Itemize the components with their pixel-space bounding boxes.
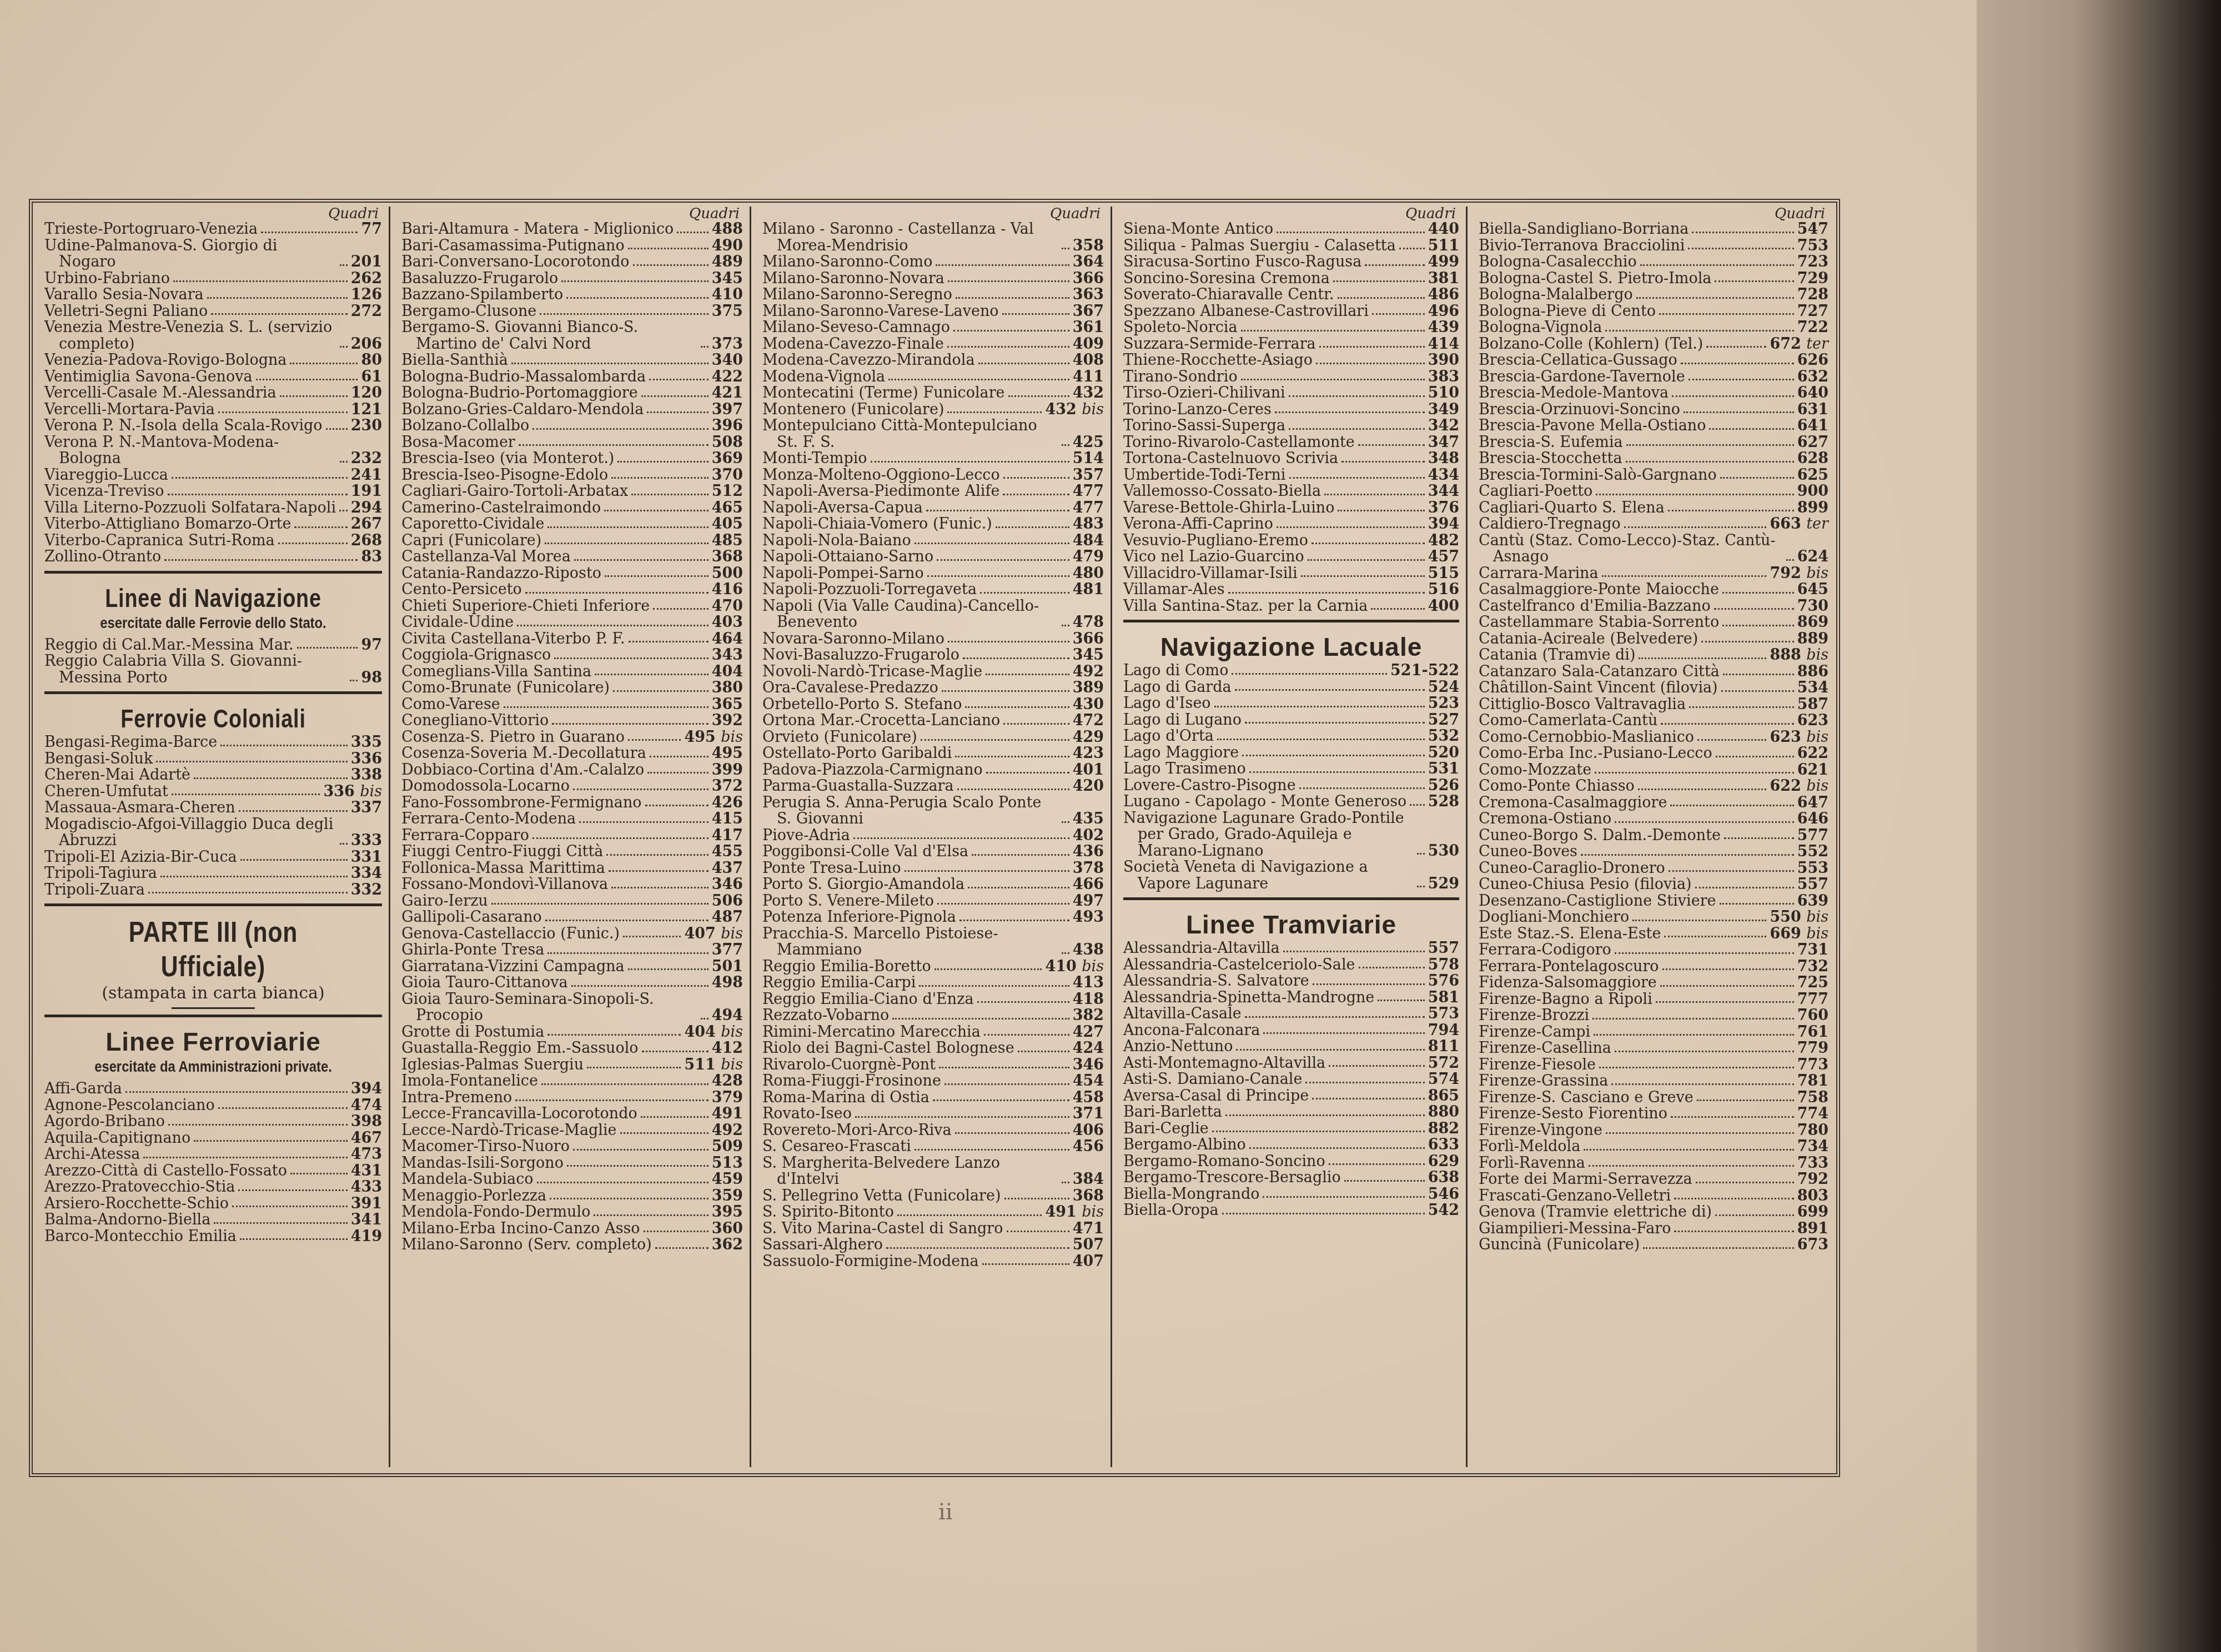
index-entry[interactable]: Reggio Emilia-Carpi413 (762, 975, 1104, 991)
index-entry[interactable]: Rezzato-Vobarno382 (762, 1007, 1104, 1024)
index-entry[interactable]: Cosenza-S. Pietro in Guarano495 bis (401, 729, 743, 746)
index-entry[interactable]: Forte dei Marmi-Serravezza792 (1479, 1171, 1828, 1188)
index-entry[interactable]: Como-Erba Inc.-Pusiano-Lecco622 (1479, 745, 1828, 762)
index-entry[interactable]: Ancona-Falconara794 (1123, 1022, 1459, 1039)
index-entry[interactable]: Caporetto-Cividale405 (401, 516, 743, 533)
index-entry[interactable]: Bologna-Pieve di Cento727 (1479, 303, 1828, 320)
index-entry[interactable]: Cheren-Mai Adartè338 (44, 767, 382, 784)
index-entry[interactable]: Bazzano-Spilamberto410 (401, 287, 743, 303)
index-entry[interactable]: Como-Camerlata-Cantù623 (1479, 712, 1828, 729)
index-entry[interactable]: Brescia-S. Eufemia627 (1479, 434, 1828, 451)
index-entry[interactable]: Follonica-Massa Marittima437 (401, 860, 743, 877)
index-entry[interactable]: Vercelli-Mortara-Pavia121 (44, 401, 382, 418)
index-entry[interactable]: Bolzano-Gries-Caldaro-Mendola397 (401, 401, 743, 418)
index-entry[interactable]: Dogliani-Monchiero550 bis (1479, 909, 1828, 926)
index-entry[interactable]: Comeglians-Villa Santina404 (401, 664, 743, 680)
index-entry[interactable]: Roma-Marina di Ostia458 (762, 1089, 1104, 1106)
index-entry[interactable]: Tripoli-Tagiura334 (44, 865, 382, 882)
index-entry[interactable]: Tripoli-Zuara332 (44, 882, 382, 898)
index-entry[interactable]: Reggio Calabria Villa S. Giovanni-Messin… (44, 653, 382, 686)
index-entry[interactable]: Lovere-Castro-Pisogne526 (1123, 777, 1459, 794)
index-entry[interactable]: Este Staz.-S. Elena-Este669 bis (1479, 926, 1828, 942)
index-entry[interactable]: Monti-Tempio514 (762, 450, 1104, 467)
index-entry[interactable]: Genova-Castellaccio (Funic.)407 bis (401, 926, 743, 942)
index-entry[interactable]: Bivio-Terranova Bracciolini753 (1479, 238, 1828, 254)
index-entry[interactable]: Reggio di Cal.Mar.-Messina Mar.97 (44, 637, 382, 654)
index-entry[interactable]: Orvieto (Funicolare)429 (762, 729, 1104, 746)
index-entry[interactable]: Castelfranco d'Emilia-Bazzano730 (1479, 598, 1828, 615)
index-entry[interactable]: Giarratana-Vizzini Campagna501 (401, 958, 743, 975)
index-entry[interactable]: Napoli-Pozzuoli-Torregaveta481 (762, 581, 1104, 598)
index-entry[interactable]: Asti-Montemagno-Altavilla572 (1123, 1055, 1459, 1072)
index-entry[interactable]: Bengasi-Soluk336 (44, 751, 382, 767)
index-entry[interactable]: Milano-Saronno (Serv. completo)362 (401, 1237, 743, 1253)
index-entry[interactable]: S. Pellegrino Vetta (Funicolare)368 (762, 1188, 1104, 1204)
index-entry[interactable]: Bologna-Budrio-Massalombarda422 (401, 369, 743, 385)
index-entry[interactable]: Barco-Montecchio Emilia419 (44, 1228, 382, 1245)
index-entry[interactable]: Alessandria-S. Salvatore576 (1123, 973, 1459, 990)
index-entry[interactable]: Verona P. N.-Mantova-Modena-Bologna232 (44, 434, 382, 467)
index-entry[interactable]: S. Vito Marina-Castel di Sangro471 (762, 1221, 1104, 1237)
index-entry[interactable]: Rovereto-Mori-Arco-Riva406 (762, 1122, 1104, 1139)
index-entry[interactable]: Modena-Cavezzo-Mirandola408 (762, 352, 1104, 369)
table-number-value: 509 (712, 1138, 743, 1155)
index-entry[interactable]: Novi-Basaluzzo-Frugarolo345 (762, 647, 1104, 664)
index-entry[interactable]: Massaua-Asmara-Cheren337 (44, 800, 382, 816)
index-entry[interactable]: Fossano-Mondovì-Villanova346 (401, 876, 743, 893)
index-entry[interactable]: Catanzaro Sala-Catanzaro Città886 (1479, 664, 1828, 680)
index-entry[interactable]: Villacidro-Villamar-Isili515 (1123, 565, 1459, 582)
index-entry[interactable]: Piove-Adria402 (762, 827, 1104, 844)
index-entry[interactable]: Zollino-Otranto83 (44, 549, 382, 565)
index-entry[interactable]: Siliqua - Palmas Suergiu - Calasetta511 (1123, 238, 1459, 254)
dot-leader (963, 657, 1069, 659)
index-entry[interactable]: Frascati-Genzano-Velletri803 (1479, 1188, 1828, 1204)
index-entry[interactable]: Trieste-Portogruaro-Venezia77 (44, 221, 382, 238)
index-entry[interactable]: Rivarolo-Cuorgnè-Pont346 (762, 1057, 1104, 1073)
table-number-value: 332 (351, 881, 382, 898)
index-entry[interactable]: Agnone-Pescolanciano474 (44, 1097, 382, 1114)
index-entry[interactable]: Ferrara-Cento-Modena415 (401, 811, 743, 827)
index-entry[interactable]: Asti-S. Damiano-Canale574 (1123, 1071, 1459, 1088)
index-entry[interactable]: Rimini-Mercatino Marecchia427 (762, 1024, 1104, 1041)
index-entry[interactable]: Como-Brunate (Funicolare)380 (401, 680, 743, 696)
index-entry[interactable]: Napoli-Nola-Baiano484 (762, 533, 1104, 549)
index-entry[interactable]: Reggio Emilia-Boretto410 bis (762, 958, 1104, 975)
index-entry[interactable]: Spoleto-Norcia439 (1123, 319, 1459, 336)
index-entry[interactable]: Poggibonsi-Colle Val d'Elsa436 (762, 843, 1104, 860)
index-entry[interactable]: Villa Santina-Staz. per la Carnia400 (1123, 598, 1459, 615)
index-entry[interactable]: Viterbo-Capranica Sutri-Roma268 (44, 533, 382, 549)
index-entry[interactable]: Fiuggi Centro-Fiuggi Città455 (401, 843, 743, 860)
entry-table-number: 230 (351, 418, 382, 434)
index-entry[interactable]: Soncino-Soresina Cremona381 (1123, 270, 1459, 287)
index-entry[interactable]: Sassuolo-Formigine-Modena407 (762, 1253, 1104, 1270)
index-entry[interactable]: Villa Literno-Pozzuoli Solfatara-Napoli2… (44, 500, 382, 516)
index-entry[interactable]: Udine-Palmanova-S. Giorgio di Nogaro201 (44, 238, 382, 270)
index-entry[interactable]: Catania-Acireale (Belvedere)889 (1479, 631, 1828, 647)
table-number-value: 394 (351, 1080, 382, 1097)
index-entry[interactable]: Suzzara-Sermide-Ferrara414 (1123, 336, 1459, 353)
index-entry[interactable]: Basaluzzo-Frugarolo345 (401, 270, 743, 287)
index-entry[interactable]: Brescia-Cellatica-Gussago626 (1479, 352, 1828, 369)
index-entry[interactable]: Chieti Superiore-Chieti Inferiore470 (401, 598, 743, 615)
index-entry[interactable]: Firenze-Sesto Fiorentino774 (1479, 1106, 1828, 1122)
index-entry[interactable]: Roma-Fiuggi-Frosinone454 (762, 1073, 1104, 1089)
index-entry[interactable]: Giampilieri-Messina-Faro891 (1479, 1221, 1828, 1237)
index-entry[interactable]: Lago Maggiore520 (1123, 745, 1459, 761)
index-entry[interactable]: Siracusa-Sortino Fusco-Ragusa499 (1123, 254, 1459, 270)
index-entry[interactable]: Reggio Emilia-Ciano d'Enza418 (762, 991, 1104, 1008)
index-entry[interactable]: Torino-Rivarolo-Castellamonte347 (1123, 434, 1459, 451)
index-entry[interactable]: Bergamo-Clusone375 (401, 303, 743, 320)
index-entry[interactable]: Ortona Mar.-Crocetta-Lanciano472 (762, 712, 1104, 729)
index-entry[interactable]: Tortona-Castelnuovo Scrivia348 (1123, 450, 1459, 467)
index-entry[interactable]: Orbetello-Porto S. Stefano430 (762, 696, 1104, 713)
index-entry[interactable]: Biella-Santhià340 (401, 352, 743, 369)
index-entry[interactable]: Altavilla-Casale573 (1123, 1006, 1459, 1022)
index-entry[interactable]: Novara-Saronno-Milano366 (762, 631, 1104, 647)
index-entry[interactable]: Villamar-Ales516 (1123, 581, 1459, 598)
index-entry[interactable]: Bergamo-Albino633 (1123, 1137, 1459, 1153)
index-entry[interactable]: Iglesias-Palmas Suergiu511 bis (401, 1057, 743, 1073)
dot-leader (1611, 1083, 1793, 1085)
index-entry[interactable]: Bologna-Casalecchio723 (1479, 254, 1828, 270)
index-entry[interactable]: Affi-Garda394 (44, 1081, 382, 1097)
index-entry[interactable]: Vesuvio-Pugliano-Eremo482 (1123, 533, 1459, 549)
index-entry[interactable]: S. Spirito-Bitonto491 bis (762, 1204, 1104, 1221)
index-entry[interactable]: Bari-Barletta880 (1123, 1104, 1459, 1121)
entry-table-number: 366 (1073, 631, 1104, 647)
index-entry[interactable]: Venezia Mestre-Venezia S. L. (servizio c… (44, 319, 382, 352)
index-entry[interactable]: Milano - Saronno - Castellanza - Val Mor… (762, 221, 1104, 254)
index-entry[interactable]: Montecatini (Terme) Funicolare432 (762, 385, 1104, 401)
index-entry[interactable]: Intra-Premeno379 (401, 1089, 743, 1106)
index-entry[interactable]: Lago d'Orta532 (1123, 728, 1459, 745)
index-entry[interactable]: Cittiglio-Bosco Valtravaglia587 (1479, 696, 1828, 713)
index-entry[interactable]: Coggiola-Grignasco343 (401, 647, 743, 664)
index-entry[interactable]: Rovato-Iseo371 (762, 1106, 1104, 1122)
index-entry[interactable]: Cividale-Udine403 (401, 614, 743, 631)
index-entry[interactable]: Padova-Piazzola-Carmignano401 (762, 762, 1104, 779)
index-entry[interactable]: Lago di Como521-522 (1123, 662, 1459, 679)
index-entry[interactable]: Bolzano-Colle (Kohlern) (Tel.)672 ter (1479, 336, 1828, 353)
index-entry[interactable]: Firenze-S. Casciano e Greve758 (1479, 1089, 1828, 1106)
index-entry[interactable]: Desenzano-Castiglione Stiviere639 (1479, 893, 1828, 910)
index-entry[interactable]: Alessandria-Altavilla557 (1123, 940, 1459, 957)
index-entry[interactable]: Brescia-Tormini-Salò-Gargnano625 (1479, 467, 1828, 484)
index-entry[interactable]: Firenze-Brozzi760 (1479, 1007, 1828, 1024)
index-entry[interactable]: Cuneo-Chiusa Pesio (filovia)557 (1479, 876, 1828, 893)
index-entry[interactable]: Ferrara-Codigoro731 (1479, 942, 1828, 958)
index-entry[interactable]: Biella-Oropa542 (1123, 1202, 1459, 1219)
index-entry[interactable]: Navigazione Lagunare Grado-Pontile per G… (1123, 810, 1459, 860)
index-entry[interactable]: Varallo Sesia-Novara126 (44, 287, 382, 303)
index-entry[interactable]: Tirano-Sondrio383 (1123, 369, 1459, 385)
table-number-value: 733 (1797, 1154, 1828, 1172)
index-entry[interactable]: Casalmaggiore-Ponte Maiocche645 (1479, 581, 1828, 598)
index-entry[interactable]: Forlì-Ravenna733 (1479, 1155, 1828, 1172)
index-entry[interactable]: Cuneo-Borgo S. Dalm.-Demonte577 (1479, 827, 1828, 844)
index-entry[interactable]: Bologna-Castel S. Pietro-Imola729 (1479, 270, 1828, 287)
index-entry[interactable]: Cuneo-Boves552 (1479, 843, 1828, 860)
index-entry[interactable]: Spezzano Albanese-Castrovillari496 (1123, 303, 1459, 320)
index-entry[interactable]: Montepulciano Città-Montepulciano St. F.… (762, 418, 1104, 450)
index-entry[interactable]: Brescia-Orzinuovi-Soncino631 (1479, 401, 1828, 418)
index-entry[interactable]: Viterbo-Attigliano Bomarzo-Orte267 (44, 516, 382, 533)
index-entry[interactable]: Firenze-Fiesole773 (1479, 1057, 1828, 1073)
index-entry[interactable]: Firenze-Vingone780 (1479, 1122, 1828, 1139)
index-entry[interactable]: Ghirla-Ponte Tresa377 (401, 942, 743, 958)
index-entry[interactable]: Velletri-Segni Paliano272 (44, 303, 382, 320)
index-entry[interactable]: Pracchia-S. Marcello Pistoiese-Mammiano4… (762, 926, 1104, 958)
index-entry[interactable]: Vico nel Lazio-Guarcino457 (1123, 549, 1459, 565)
index-entry[interactable]: Como-Ponte Chiasso622 bis (1479, 778, 1828, 795)
index-entry[interactable]: Varese-Bettole-Ghirla-Luino376 (1123, 500, 1459, 516)
index-entry[interactable]: Guncinà (Funicolare)673 (1479, 1237, 1828, 1253)
index-entry[interactable]: Firenze-Bagno a Ripoli777 (1479, 991, 1828, 1008)
index-entry[interactable]: Cagliari-Poetto900 (1479, 483, 1828, 500)
index-entry[interactable]: Fano-Fossombrone-Fermignano426 (401, 795, 743, 811)
index-entry[interactable]: Caldiero-Tregnago663 ter (1479, 516, 1828, 533)
index-entry[interactable]: Milano-Saronno-Novara366 (762, 270, 1104, 287)
index-entry[interactable]: Forlì-Meldola734 (1479, 1138, 1828, 1155)
index-entry[interactable]: Cento-Persiceto416 (401, 581, 743, 598)
index-entry[interactable]: Brescia-Iseo-Pisogne-Edolo370 (401, 467, 743, 484)
dot-leader (1249, 1147, 1425, 1149)
index-entry[interactable]: S. Cesareo-Frascati456 (762, 1138, 1104, 1155)
index-entry[interactable]: Aquila-Capitignano467 (44, 1130, 382, 1147)
index-entry[interactable]: Arsiero-Rocchette-Schio391 (44, 1196, 382, 1212)
index-entry[interactable]: Cuneo-Caraglio-Dronero553 (1479, 860, 1828, 877)
index-entry[interactable]: Vicenza-Treviso191 (44, 483, 382, 500)
index-entry[interactable]: Aversa-Casal di Principe865 (1123, 1088, 1459, 1104)
index-entry[interactable]: Gallipoli-Casarano487 (401, 909, 743, 926)
index-entry[interactable]: Gioia Tauro-Seminara-Sinopoli-S. Procopi… (401, 991, 743, 1024)
dot-leader (1689, 706, 1794, 708)
index-entry[interactable]: Bologna-Malalbergo728 (1479, 287, 1828, 303)
index-entry[interactable]: Mandas-Isili-Sorgono513 (401, 1155, 743, 1172)
index-entry[interactable]: Lecce-Francavilla-Locorotondo491 (401, 1106, 743, 1122)
entry-table-number: 345 (712, 270, 743, 287)
index-entry[interactable]: Napoli-Aversa-Piedimonte Alife477 (762, 483, 1104, 500)
index-entry[interactable]: Torino-Sassi-Superga342 (1123, 418, 1459, 434)
index-entry[interactable]: Mendola-Fondo-Dermulo395 (401, 1204, 743, 1221)
index-entry[interactable]: Lago d'Iseo523 (1123, 695, 1459, 712)
index-entry[interactable]: Como-Varese365 (401, 696, 743, 713)
dot-leader (1312, 543, 1425, 544)
index-entry[interactable]: Venezia-Padova-Rovigo-Bologna80 (44, 352, 382, 369)
index-entry[interactable]: Castellammare Stabia-Sorrento869 (1479, 614, 1828, 631)
index-entry[interactable]: Sassari-Alghero507 (762, 1237, 1104, 1253)
entry-table-number: 362 (712, 1237, 743, 1253)
index-entry[interactable]: Catania-Randazzo-Riposto500 (401, 565, 743, 582)
index-entry[interactable]: Conegliano-Vittorio392 (401, 712, 743, 729)
index-entry[interactable]: Anzio-Nettuno811 (1123, 1038, 1459, 1055)
index-entry[interactable]: Potenza Inferiore-Pignola493 (762, 909, 1104, 926)
entry-table-number: 622 (1797, 745, 1828, 762)
entry-route-name: Sassari-Alghero (762, 1237, 883, 1253)
index-entry[interactable]: Parma-Guastalla-Suzzara420 (762, 778, 1104, 795)
index-entry[interactable]: Ora-Cavalese-Predazzo389 (762, 680, 1104, 696)
index-entry[interactable]: Tirso-Ozieri-Chilivani510 (1123, 385, 1459, 401)
index-entry[interactable]: Riolo dei Bagni-Castel Bolognese424 (762, 1040, 1104, 1057)
index-entry[interactable]: S. Margherita-Belvedere Lanzo d'Intelvi3… (762, 1155, 1104, 1188)
index-entry[interactable]: Milano-Seveso-Camnago361 (762, 319, 1104, 336)
index-entry[interactable]: Gairo-Ierzu506 (401, 893, 743, 910)
entry-route-name: Trieste-Portogruaro-Venezia (44, 221, 258, 238)
index-entry[interactable]: Ferrara-Copparo417 (401, 827, 743, 844)
index-entry[interactable]: Porto S. Giorgio-Amandola466 (762, 876, 1104, 893)
index-entry[interactable]: Lecce-Nardò-Tricase-Maglie492 (401, 1122, 743, 1139)
index-entry[interactable]: Alessandria-Spinetta-Mandrogne581 (1123, 990, 1459, 1006)
index-entry[interactable]: Brescia-Stocchetta628 (1479, 450, 1828, 467)
index-entry[interactable]: Fidenza-Salsomaggiore725 (1479, 975, 1828, 991)
index-entry[interactable]: Brescia-Iseo (via Monterot.)369 (401, 450, 743, 467)
index-entry[interactable]: Bari-Ceglie882 (1123, 1121, 1459, 1137)
index-entry[interactable]: Grotte di Postumia404 bis (401, 1024, 743, 1041)
index-entry[interactable]: Firenze-Grassina781 (1479, 1073, 1828, 1089)
index-entry[interactable]: Urbino-Fabriano262 (44, 270, 382, 287)
index-entry[interactable]: Bologna-Vignola722 (1479, 319, 1828, 336)
index-entry[interactable]: Brescia-Medole-Mantova640 (1479, 385, 1828, 401)
dot-leader (143, 1157, 347, 1158)
index-entry[interactable]: Vallemosso-Cossato-Biella344 (1123, 483, 1459, 500)
index-entry[interactable]: Ponte Tresa-Luino378 (762, 860, 1104, 877)
index-entry[interactable]: Brescia-Pavone Mella-Ostiano641 (1479, 418, 1828, 434)
index-entry[interactable]: Como-Mozzate621 (1479, 762, 1828, 779)
index-entry[interactable]: Milano-Saronno-Como364 (762, 254, 1104, 270)
index-entry[interactable]: Cagliari-Quarto S. Elena899 (1479, 500, 1828, 516)
index-entry[interactable]: Gioia Tauro-Cittanova498 (401, 975, 743, 991)
entry-route-name: Potenza Inferiore-Pignola (762, 909, 956, 926)
index-entry[interactable]: Verona P. N.-Isola della Scala-Rovigo230 (44, 418, 382, 434)
index-entry[interactable]: Alessandria-Castelceriolo-Sale578 (1123, 957, 1459, 973)
index-entry[interactable]: Arezzo-Città di Castello-Fossato431 (44, 1163, 382, 1179)
index-entry[interactable]: Monza-Molteno-Oggiono-Lecco357 (762, 467, 1104, 484)
index-entry[interactable]: Domodossola-Locarno372 (401, 778, 743, 795)
index-entry[interactable]: Novoli-Nardò-Tricase-Maglie492 (762, 664, 1104, 680)
index-entry[interactable]: Firenze-Campi761 (1479, 1024, 1828, 1041)
index-entry[interactable]: Firenze-Casellina779 (1479, 1040, 1828, 1057)
index-entry[interactable]: Châtillon-Saint Vincent (filovia)534 (1479, 680, 1828, 696)
index-entry[interactable]: Biella-Sandigliano-Borriana547 (1479, 221, 1828, 238)
entry-table-number: 404 (712, 664, 743, 680)
index-entry[interactable]: Bengasi-Regima-Barce335 (44, 734, 382, 751)
entry-table-number: 629 (1428, 1153, 1459, 1170)
index-entry[interactable]: Bergamo-Trescore-Bersaglio638 (1123, 1169, 1459, 1186)
index-entry[interactable]: Milano-Saronno-Seregno363 (762, 287, 1104, 303)
index-entry[interactable]: Verona-Affi-Caprino394 (1123, 516, 1459, 533)
index-entry[interactable]: Mogadiscio-Afgoi-Villaggio Duca degli Ab… (44, 816, 382, 849)
index-entry[interactable]: Napoli-Ottaiano-Sarno479 (762, 549, 1104, 565)
index-entry[interactable]: Soverato-Chiaravalle Centr.486 (1123, 287, 1459, 303)
index-entry[interactable]: Bari-Altamura - Matera - Miglionico488 (401, 221, 743, 238)
index-entry[interactable]: Napoli (Via Valle Caudina)-Cancello-Bene… (762, 598, 1104, 631)
index-entry[interactable]: Carrara-Marina792 bis (1479, 565, 1828, 582)
entry-route-name: Reggio Emilia-Boretto (762, 958, 931, 975)
index-entry[interactable]: Balma-Andorno-Biella341 (44, 1212, 382, 1228)
index-entry[interactable]: Castellanza-Val Morea368 (401, 549, 743, 565)
dot-leader (540, 313, 708, 315)
table-number-value: 530 (1428, 842, 1459, 860)
index-entry[interactable]: Perugia S. Anna-Perugia Scalo Ponte S. G… (762, 795, 1104, 827)
index-entry[interactable]: Agordo-Bribano398 (44, 1113, 382, 1130)
index-entry[interactable]: Bosa-Macomer508 (401, 434, 743, 451)
index-entry[interactable]: Porto S. Venere-Mileto497 (762, 893, 1104, 910)
index-entry[interactable]: Civita Castellana-Viterbo P. F.464 (401, 631, 743, 647)
entry-table-number: 375 (712, 303, 743, 320)
index-entry[interactable]: Tripoli-El Azizia-Bir-Cuca331 (44, 849, 382, 866)
entry-table-number: 368 (1073, 1188, 1104, 1204)
index-entry[interactable]: Macomer-Tirso-Nuoro509 (401, 1138, 743, 1155)
index-entry[interactable]: Modena-Cavezzo-Finale409 (762, 336, 1104, 353)
index-entry[interactable]: Bari-Casamassima-Putignano490 (401, 238, 743, 254)
index-entry[interactable]: Napoli-Aversa-Capua477 (762, 500, 1104, 516)
index-entry[interactable]: Cosenza-Soveria M.-Decollatura495 (401, 745, 743, 762)
index-entry[interactable]: Bologna-Budrio-Portomaggiore421 (401, 385, 743, 401)
index-entry[interactable]: Torino-Lanzo-Ceres349 (1123, 401, 1459, 418)
index-entry[interactable]: Napoli-Pompei-Sarno480 (762, 565, 1104, 582)
index-entry[interactable]: Camerino-Castelraimondo465 (401, 500, 743, 516)
index-entry[interactable]: Umbertide-Todi-Terni434 (1123, 467, 1459, 484)
index-entry[interactable]: Lugano - Capolago - Monte Generoso528 (1123, 794, 1459, 810)
index-entry[interactable]: Brescia-Gardone-Tavernole632 (1479, 369, 1828, 385)
index-entry[interactable]: Viareggio-Lucca241 (44, 467, 382, 484)
index-entry[interactable]: Imola-Fontanelice428 (401, 1073, 743, 1089)
index-entry[interactable]: Capri (Funicolare)485 (401, 533, 743, 549)
index-entry[interactable]: Arezzo-Pratovecchio-Stia433 (44, 1179, 382, 1196)
table-number-value: 524 (1428, 679, 1459, 696)
index-entry[interactable]: Napoli-Chiaia-Vomero (Funic.)483 (762, 516, 1104, 533)
index-entry[interactable]: Lago di Garda524 (1123, 679, 1459, 696)
index-entry[interactable]: Genova (Tramvie elettriche di)699 (1479, 1204, 1828, 1221)
index-entry[interactable]: Cremona-Ostiano646 (1479, 811, 1828, 827)
index-entry[interactable]: Montenero (Funicolare)432 bis (762, 401, 1104, 418)
index-entry[interactable]: Cagliari-Gairo-Tortoli-Arbatax512 (401, 483, 743, 500)
index-entry[interactable]: Cremona-Casalmaggiore647 (1479, 795, 1828, 811)
index-entry[interactable]: Menaggio-Porlezza359 (401, 1188, 743, 1204)
index-entry[interactable]: Ventimiglia Savona-Genova61 (44, 369, 382, 385)
index-entry[interactable]: Bolzano-Collalbo396 (401, 418, 743, 434)
entry-route-name: Agnone-Pescolanciano (44, 1097, 215, 1114)
index-entry[interactable]: Società Veneta di Navigazione a Vapore L… (1123, 859, 1459, 892)
index-entry[interactable]: Lago Trasimeno531 (1123, 761, 1459, 777)
index-entry[interactable]: Modena-Vignola411 (762, 369, 1104, 385)
index-entry[interactable]: Biella-Mongrando546 (1123, 1186, 1459, 1203)
index-entry[interactable]: Mandela-Subiaco459 (401, 1171, 743, 1188)
index-entry[interactable]: Catania (Tramvie di)888 bis (1479, 647, 1828, 664)
entry-route-name: Vallemosso-Cossato-Biella (1123, 483, 1321, 500)
index-entry[interactable]: Bergamo-Romano-Soncino629 (1123, 1153, 1459, 1170)
index-entry[interactable]: Bari-Conversano-Locorotondo489 (401, 254, 743, 270)
index-entry[interactable]: Como-Cernobbio-Maslianico623 bis (1479, 729, 1828, 746)
index-entry[interactable]: Guastalla-Reggio Em.-Sassuolo412 (401, 1040, 743, 1057)
index-entry[interactable]: Dobbiaco-Cortina d'Am.-Calalzo399 (401, 762, 743, 779)
index-entry[interactable]: Cantù (Staz. Como-Lecco)-Staz. Cantù-Asn… (1479, 533, 1828, 565)
index-entry[interactable]: Lago di Lugano527 (1123, 712, 1459, 729)
index-entry[interactable]: Ostellato-Porto Garibaldi423 (762, 745, 1104, 762)
index-entry[interactable]: Cheren-Umfutat336 bis (44, 784, 382, 800)
index-entry[interactable]: Milano-Saronno-Varese-Laveno367 (762, 303, 1104, 320)
index-entry[interactable]: Archi-Atessa473 (44, 1146, 382, 1163)
index-entry[interactable]: Ferrara-Pontelagoscuro732 (1479, 958, 1828, 975)
index-entry[interactable]: Milano-Erba Incino-Canzo Asso360 (401, 1221, 743, 1237)
index-entry[interactable]: Thiene-Rocchette-Asiago390 (1123, 352, 1459, 369)
index-entry[interactable]: Vercelli-Casale M.-Alessandria120 (44, 385, 382, 401)
index-entry[interactable]: Bergamo-S. Giovanni Bianco-S. Martino de… (401, 319, 743, 352)
index-entry[interactable]: Siena-Monte Antico440 (1123, 221, 1459, 238)
